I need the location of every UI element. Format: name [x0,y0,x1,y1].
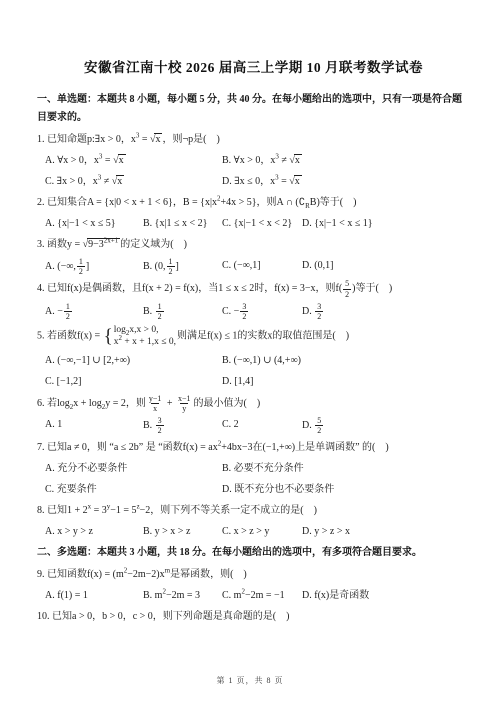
option-D: D. [1,4] [222,373,470,391]
option-A: A. f(1) = 1 [45,587,143,605]
option-C: C. [−1,2] [45,373,222,391]
question-stem: 10. 已知a > 0，b > 0，c > 0，则下列命题是真命题的是( ) [37,608,470,626]
question-2: 2. 已知集合A = {x|0 < x + 1 < 6}，B = {x|x2+4… [37,194,470,233]
option-C: C. ∃x > 0，x3 ≠ √x [45,173,222,191]
option-C: C. 2 [222,416,302,435]
option-D: D. (0,1] [302,257,470,276]
option-B: B. (−∞,1) ∪ (4,+∞) [222,352,470,370]
option-A: A. ∀x > 0，x3 = √x [45,152,222,170]
question-stem: 2. 已知集合A = {x|0 < x + 1 < 6}，B = {x|x2+4… [37,194,470,212]
options-row: A. x > y > zB. y > x > zC. x > z > yD. y… [37,523,470,541]
question-8: 8. 已知1 + 2x = 3y−1 = 5z−2，则下列不等关系一定不成立的是… [37,502,470,541]
question-4: 4. 已知f(x)是偶函数，且f(x + 2) = f(x)，当1 ≤ x ≤ … [37,279,470,321]
option-C: C. 充要条件 [45,481,222,499]
question-stem: 1. 已知命题p:∃x > 0，x3 = √x，则¬p是( ) [37,131,470,149]
option-B: B. y > x > z [143,523,222,541]
option-C: C. −32 [222,302,302,321]
question-stem: 5. 若函数f(x) = {log2x,x > 0,x2 + x + 1,x ≤… [37,324,470,349]
question-stem: 8. 已知1 + 2x = 3y−1 = 5z−2，则下列不等关系一定不成立的是… [37,502,470,520]
option-A: A. 充分不必要条件 [45,460,222,478]
options-row: C. [−1,2]D. [1,4] [37,373,470,391]
option-C: C. m2−2m = −1 [222,587,302,605]
options-row: A. (−∞,12]B. (0,12]C. (−∞,1]D. (0,1] [37,257,470,276]
exam-page: 安徽省江南十校 2026 届高三上学期 10 月联考数学试卷 一、单选题：本题共… [0,0,500,626]
options-row: A. (−∞,−1] ∪ [2,+∞)B. (−∞,1) ∪ (4,+∞) [37,352,470,370]
option-A: A. x > y > z [45,523,143,541]
option-D: D. f(x)是奇函数 [302,587,470,605]
option-A: A. −12 [45,302,143,321]
option-B: B. (0,12] [143,257,222,276]
question-stem: 6. 若log2x + log2y = 2，则y−1x + x−1y的最小值为(… [37,394,470,413]
question-9: 9. 已知函数f(x) = (m2−2m−2)xm是幂函数，则( )A. f(1… [37,566,470,605]
question-10: 10. 已知a > 0，b > 0，c > 0，则下列命题是真命题的是( ) [37,608,470,626]
options-row: C. ∃x > 0，x3 ≠ √xD. ∃x ≤ 0，x3 = √x [37,173,470,191]
page-footer: 第 1 页，共 8 页 [0,675,500,686]
option-A: A. (−∞,−1] ∪ [2,+∞) [45,352,222,370]
option-C: C. {x|−1 < x < 2} [222,215,302,233]
question-1: 1. 已知命题p:∃x > 0，x3 = √x，则¬p是( )A. ∀x > 0… [37,131,470,191]
options-row: A. 充分不必要条件B. 必要不充分条件 [37,460,470,478]
options-row: A. −12B. 12C. −32D. 32 [37,302,470,321]
question-3: 3. 函数y = √9−32x+1的定义域为( )A. (−∞,12]B. (0… [37,236,470,276]
option-B: B. {x|1 ≤ x < 2} [143,215,222,233]
option-A: A. {x|−1 < x ≤ 5} [45,215,143,233]
option-A: A. (−∞,12] [45,257,143,276]
question-7: 7. 已知a ≠ 0，则 “a ≤ 2b” 是 “函数f(x) = ax2+4b… [37,439,470,499]
option-C: C. x > z > y [222,523,302,541]
options-row: A. 1B. 32C. 2D. 52 [37,416,470,435]
option-B: B. 32 [143,416,222,435]
question-stem: 9. 已知函数f(x) = (m2−2m−2)xm是幂函数，则( ) [37,566,470,584]
question-stem: 3. 函数y = √9−32x+1的定义域为( ) [37,236,470,254]
section-heading: 一、单选题：本题共 8 小题，每小题 5 分，共 40 分。在每小题给出的选项中… [37,91,470,127]
option-D: D. 既不充分也不必要条件 [222,481,470,499]
option-B: B. m2−2m = 3 [143,587,222,605]
question-stem: 7. 已知a ≠ 0，则 “a ≤ 2b” 是 “函数f(x) = ax2+4b… [37,439,470,457]
option-C: C. (−∞,1] [222,257,302,276]
option-B: B. ∀x > 0，x3 ≠ √x [222,152,470,170]
option-B: B. 12 [143,302,222,321]
options-row: C. 充要条件D. 既不充分也不必要条件 [37,481,470,499]
options-row: A. {x|−1 < x ≤ 5}B. {x|1 ≤ x < 2}C. {x|−… [37,215,470,233]
options-row: A. f(1) = 1B. m2−2m = 3C. m2−2m = −1D. f… [37,587,470,605]
option-D: D. 32 [302,302,470,321]
page-title: 安徽省江南十校 2026 届高三上学期 10 月联考数学试卷 [37,56,470,76]
option-B: B. 必要不充分条件 [222,460,470,478]
section-heading: 二、多选题：本题共 3 小题，共 18 分。在每小题给出的选项中，有多项符合题目… [37,544,470,562]
option-D: D. {x|−1 < x ≤ 1} [302,215,470,233]
option-D: D. y > z > x [302,523,470,541]
questions-container: 一、单选题：本题共 8 小题，每小题 5 分，共 40 分。在每小题给出的选项中… [37,91,470,626]
option-D: D. ∃x ≤ 0，x3 = √x [222,173,470,191]
question-stem: 4. 已知f(x)是偶函数，且f(x + 2) = f(x)，当1 ≤ x ≤ … [37,279,470,298]
question-6: 6. 若log2x + log2y = 2，则y−1x + x−1y的最小值为(… [37,394,470,436]
question-5: 5. 若函数f(x) = {log2x,x > 0,x2 + x + 1,x ≤… [37,324,470,391]
option-D: D. 52 [302,416,470,435]
options-row: A. ∀x > 0，x3 = √xB. ∀x > 0，x3 ≠ √x [37,152,470,170]
option-A: A. 1 [45,416,143,435]
